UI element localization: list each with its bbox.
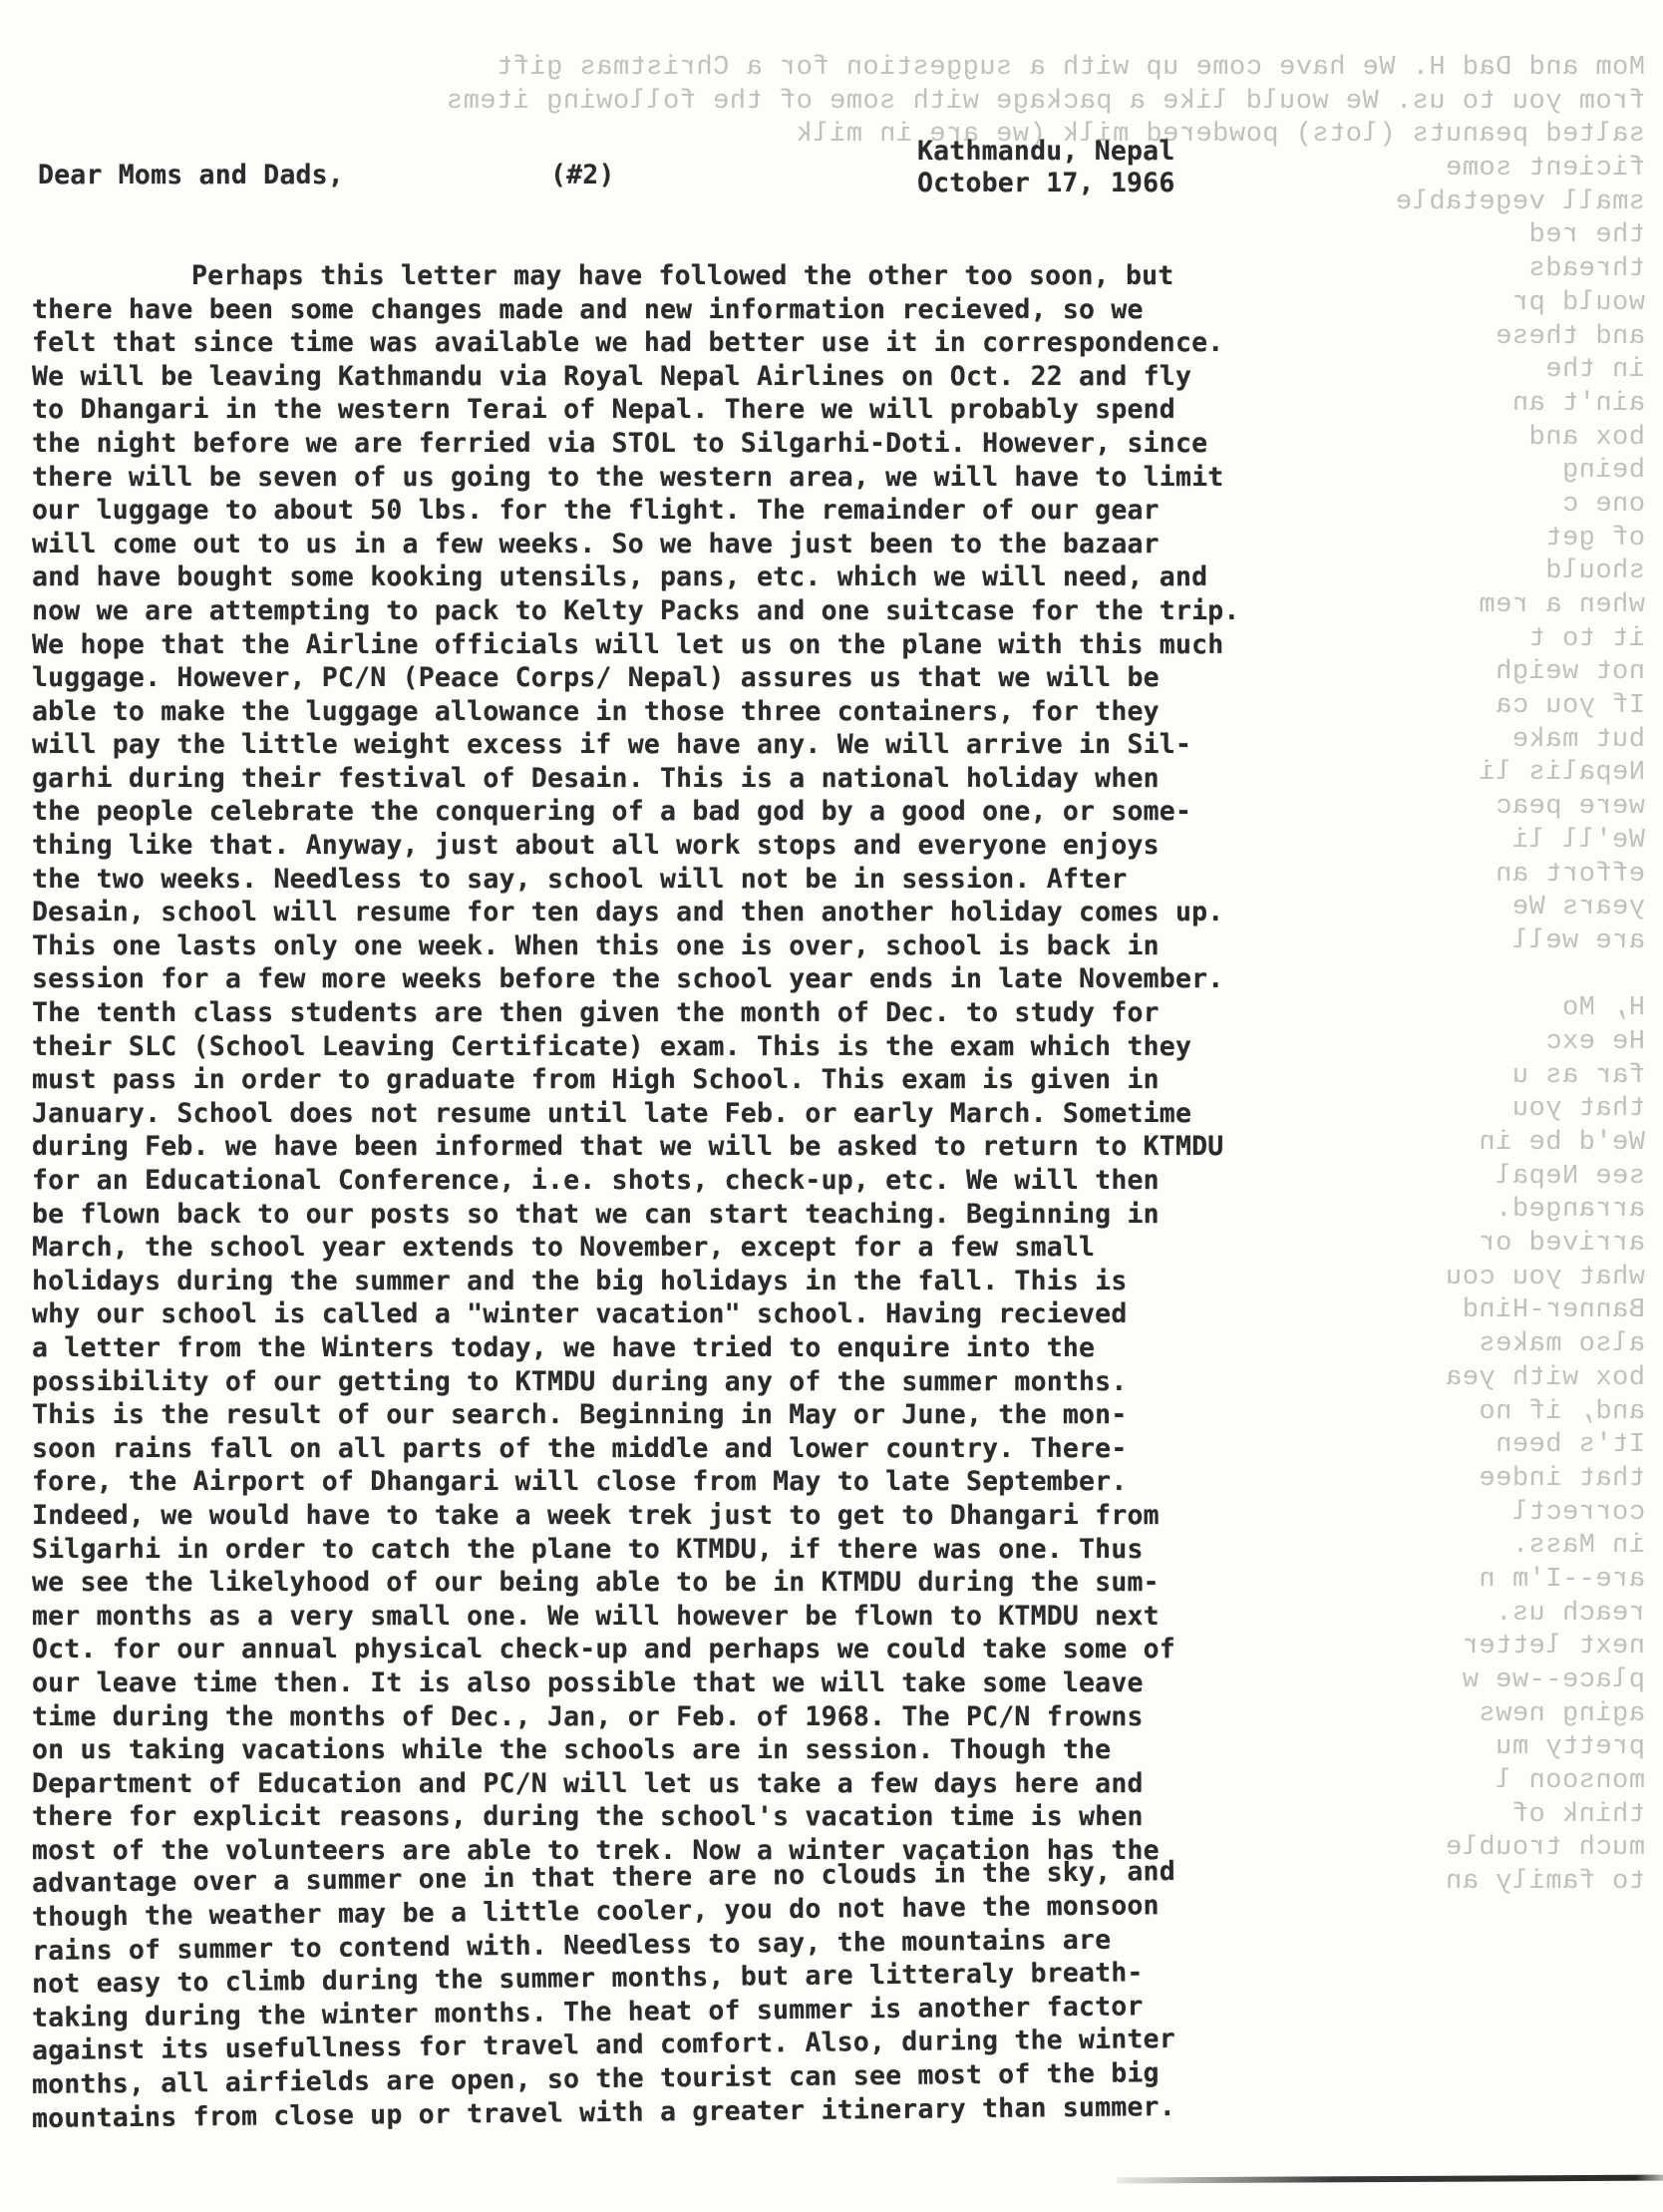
letter-line: session for a few more weeks before the … (32, 962, 1448, 996)
letter-line: the two weeks. Needless to say, school w… (32, 863, 1448, 897)
letter-line: the people celebrate the conquering of a… (32, 795, 1448, 829)
letter-date: October 17, 1966 (917, 167, 1174, 200)
letter-page: Mom and Dad H. We have come up with a su… (0, 0, 1663, 2212)
letter-line: Indeed, we would have to take a week tre… (32, 1499, 1448, 1533)
letter-line: will come out to us in a few weeks. So w… (32, 528, 1448, 561)
letter-line: garhi during their festival of Desain. T… (32, 762, 1448, 796)
letter-line: Department of Education and PC/N will le… (32, 1767, 1448, 1801)
letter-line: March, the school year extends to Novemb… (32, 1231, 1448, 1265)
letter-line: felt that since time was available we ha… (32, 326, 1448, 360)
letter-line: we see the likelyhood of our being able … (32, 1566, 1448, 1600)
salutation: Dear Moms and Dads, (38, 159, 344, 192)
bleed-through-line: Mom and Dad H. We have come up with a su… (229, 52, 1645, 86)
letter-line: fore, the Airport of Dhangari will close… (32, 1465, 1448, 1499)
letter-line: thing like that. Anyway, just about all … (32, 829, 1448, 863)
letter-line: be flown back to our posts so that we ca… (32, 1198, 1448, 1232)
letter-line: The tenth class students are then given … (32, 996, 1448, 1030)
letter-line: and have bought some kooking utensils, p… (32, 560, 1448, 594)
letter-line: the night before we are ferried via STOL… (32, 427, 1448, 461)
letter-line: to Dhangari in the western Terai of Nepa… (32, 393, 1448, 427)
letter-number: (#2) (550, 159, 615, 192)
letter-line: now we are attempting to pack to Kelty P… (32, 594, 1448, 628)
letter-line: on us taking vacations while the schools… (32, 1733, 1448, 1767)
letter-header: Kathmandu, Nepal Dear Moms and Dads, (#2… (32, 159, 1448, 192)
letter-body: Perhaps this letter may have followed th… (32, 259, 1448, 2135)
letter-line: there for explicit reasons, during the s… (32, 1800, 1448, 1834)
letter-line: luggage. However, PC/N (Peace Corps/ Nep… (32, 661, 1448, 695)
letter-line: there will be seven of us going to the w… (32, 461, 1448, 495)
letter-line: their SLC (School Leaving Certificate) e… (32, 1030, 1448, 1064)
letter-line: our leave time then. It is also possible… (32, 1666, 1448, 1700)
letter-line: why our school is called a "winter vacat… (32, 1297, 1448, 1331)
letter-line: will pay the little weight excess if we … (32, 728, 1448, 762)
letter-line: This one lasts only one week. When this … (32, 929, 1448, 963)
letter-line: able to make the luggage allowance in th… (32, 695, 1448, 729)
letter-place: Kathmandu, Nepal (917, 135, 1174, 169)
letter-line: must pass in order to graduate from High… (32, 1063, 1448, 1097)
letter-line: for an Educational Conference, i.e. shot… (32, 1164, 1448, 1198)
letter-line: soon rains fall on all parts of the midd… (32, 1432, 1448, 1466)
letter-line: there have been some changes made and ne… (32, 293, 1448, 327)
letter-line: a letter from the Winters today, we have… (32, 1331, 1448, 1365)
letter-line: possibility of our getting to KTMDU duri… (32, 1365, 1448, 1399)
letter-line: Perhaps this letter may have followed th… (32, 259, 1448, 293)
letter-line: our luggage to about 50 lbs. for the fli… (32, 494, 1448, 528)
letter-line: holidays during the summer and the big h… (32, 1265, 1448, 1298)
letter-line: during Feb. we have been informed that w… (32, 1130, 1448, 1164)
letter-line: We will be leaving Kathmandu via Royal N… (32, 360, 1448, 394)
letter-line: mer months as a very small one. We will … (32, 1600, 1448, 1634)
typed-letter: Kathmandu, Nepal Dear Moms and Dads, (#2… (32, 92, 1448, 2202)
letter-line: time during the months of Dec., Jan, or … (32, 1700, 1448, 1734)
letter-line: We hope that the Airline officials will … (32, 628, 1448, 662)
letter-line: Silgarhi in order to catch the plane to … (32, 1533, 1448, 1567)
letter-line: Oct. for our annual physical check-up an… (32, 1633, 1448, 1666)
letter-line: This is the result of our search. Beginn… (32, 1398, 1448, 1432)
letter-line: January. School does not resume until la… (32, 1097, 1448, 1131)
letter-line: Desain, school will resume for ten days … (32, 896, 1448, 929)
